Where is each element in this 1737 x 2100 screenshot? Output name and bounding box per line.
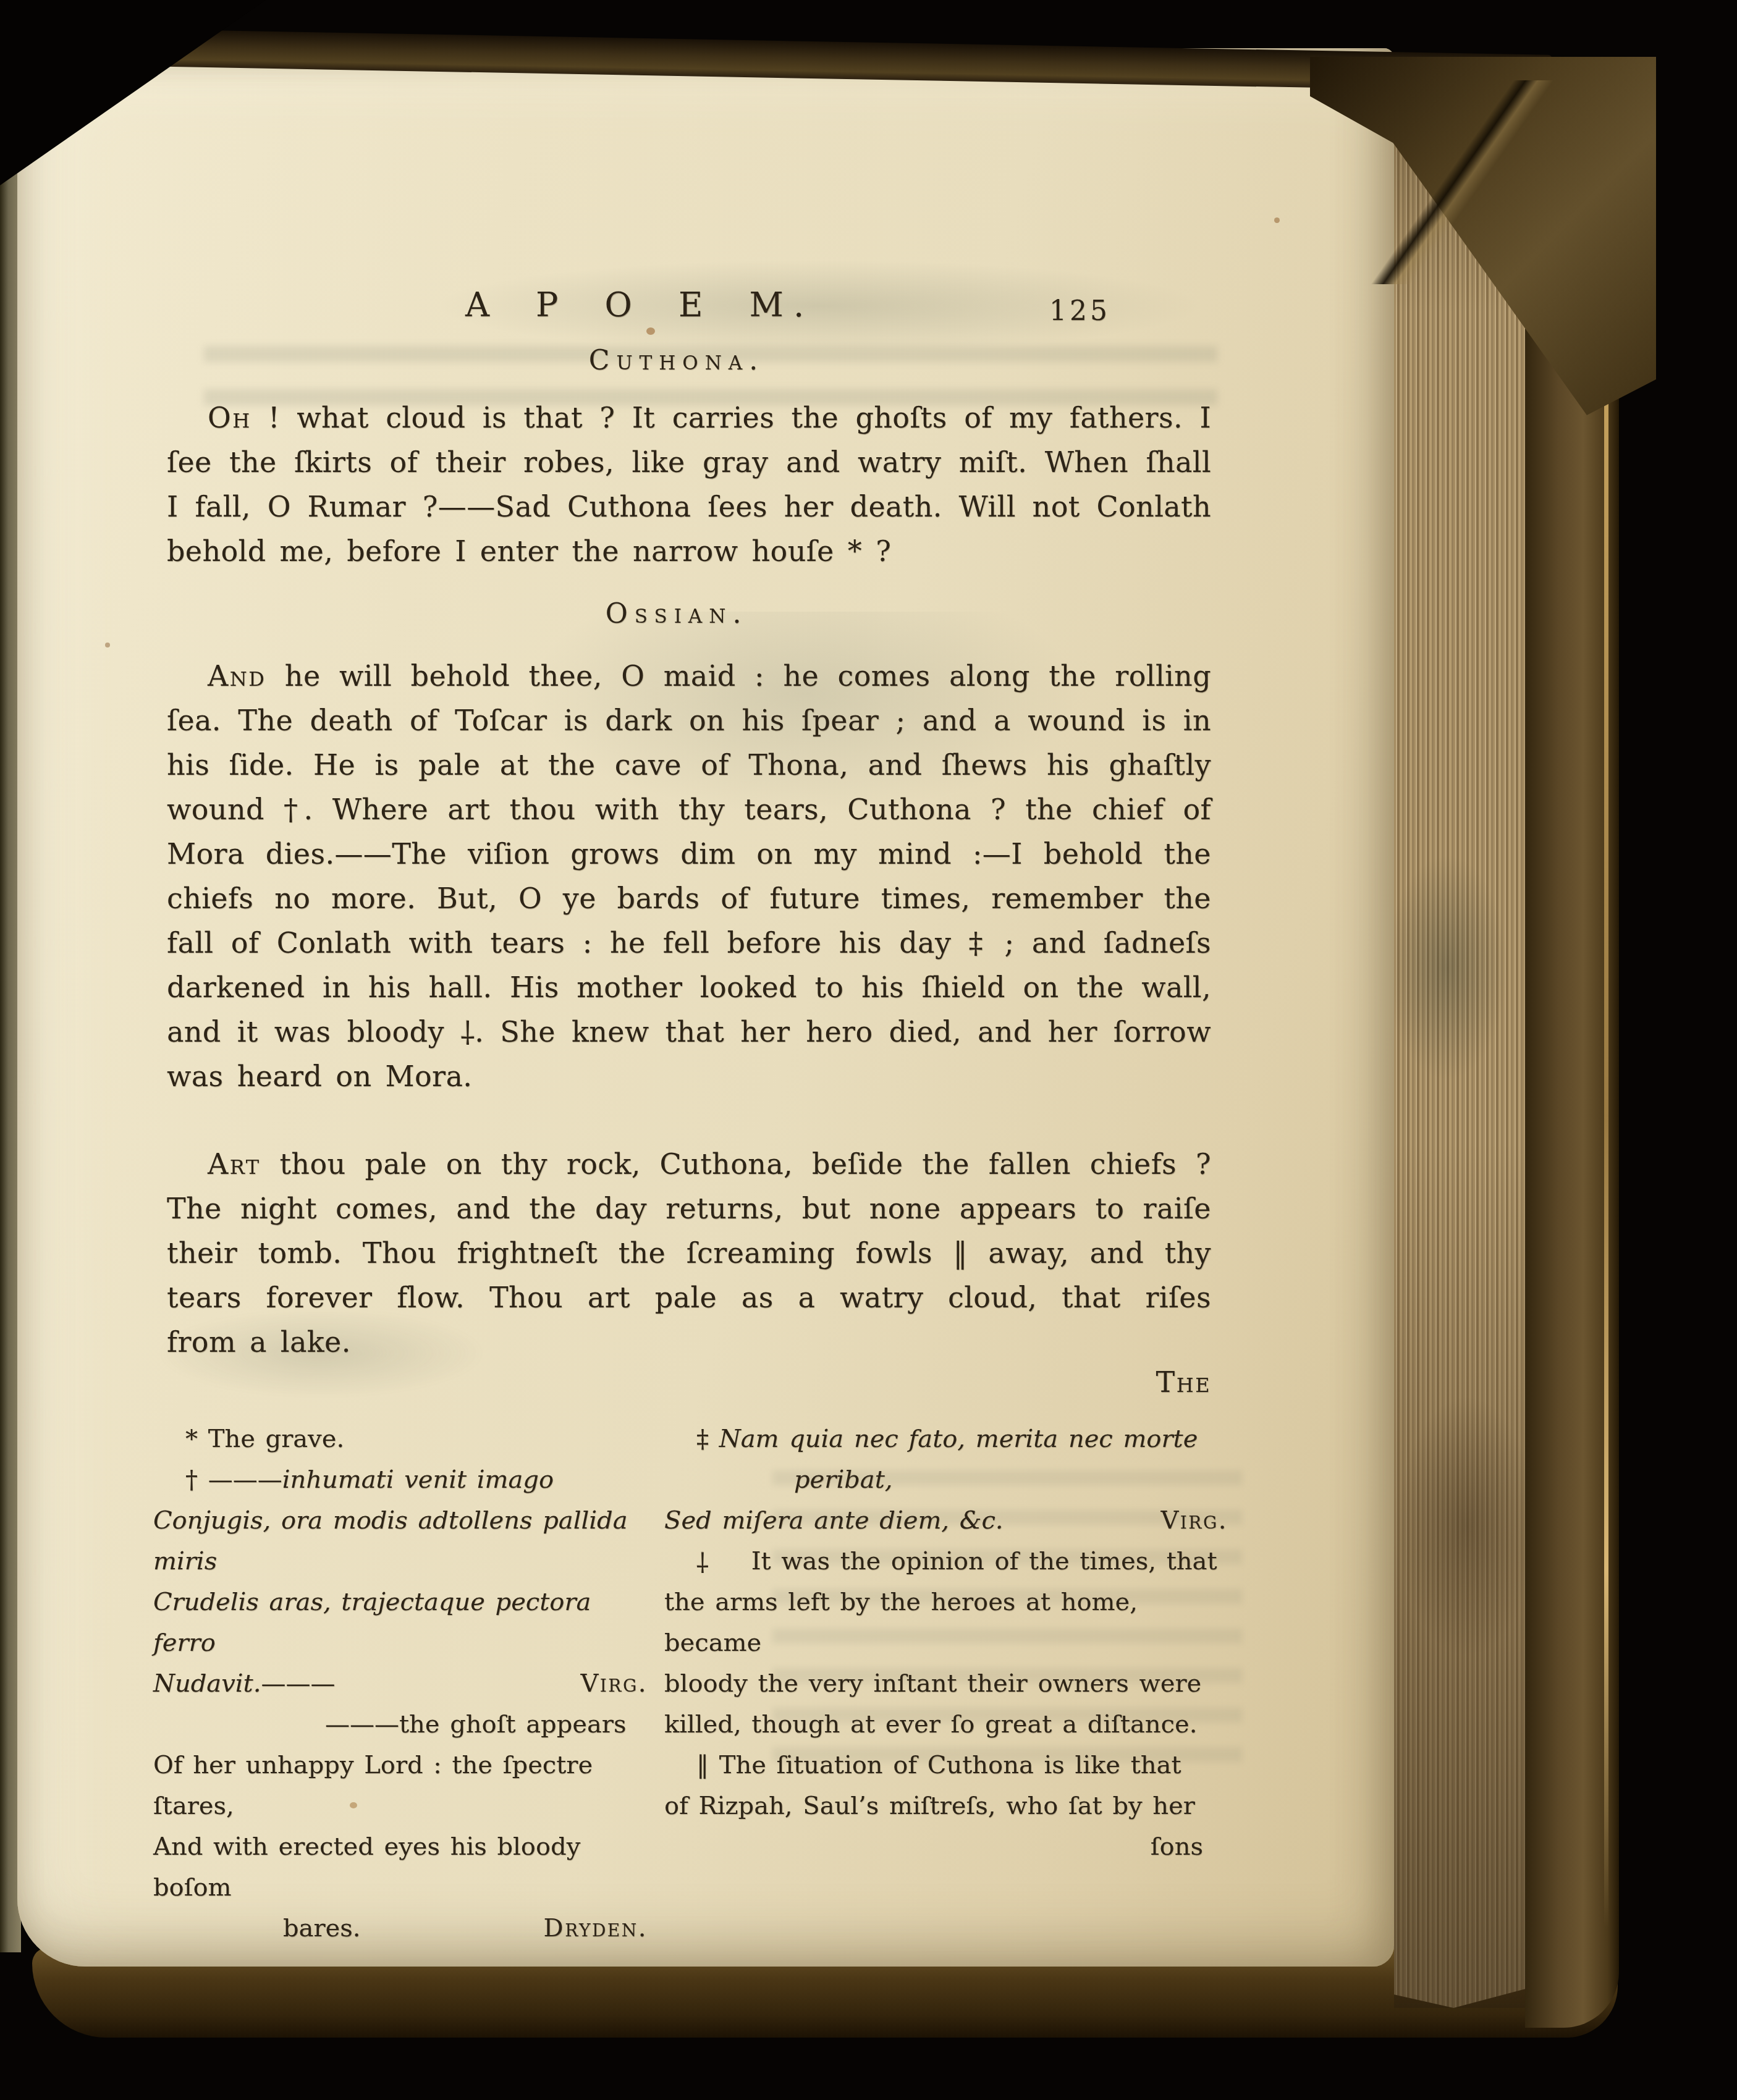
text-segment: The night comes, and the day returns, bu… (167, 1192, 1211, 1225)
text-line: behold me, before I enter the narrow hou… (167, 529, 1211, 573)
speech-ossian: And he will behold thee, O maid : he com… (167, 654, 1211, 1098)
text-line: Sed miſera ante diem, &c.Virg. (664, 1500, 1228, 1541)
text-segment: the arms left by the heroes at home, bec… (664, 1588, 1138, 1657)
text-line: the arms left by the heroes at home, bec… (664, 1582, 1228, 1663)
text-line: Art thou pale on thy rock, Cuthona, beſi… (167, 1142, 1211, 1186)
text-segment: I fall, O Rumar ?——Sad Cuthona ſees her … (167, 490, 1211, 523)
text-line: bloody the very inſtant their owners wer… (664, 1663, 1228, 1704)
text-line: I fall, O Rumar ?——Sad Cuthona ſees her … (167, 484, 1211, 529)
text-segment: killed, though at ever ſo great a diſtan… (664, 1710, 1197, 1739)
text-segment: behold me, before I enter the narrow hou… (167, 534, 891, 568)
text-line: Nudavit.———Virg. (153, 1663, 648, 1704)
text-segment: was heard on Mora. (167, 1060, 472, 1093)
text-line: ſee the ſkirts of their robes, like gray… (167, 440, 1211, 484)
text-segment: Sed miſera ante diem, &c. (664, 1506, 1004, 1535)
text-segment: his ſide. He is pale at the cave of Thon… (167, 748, 1211, 782)
text-segment: from a lake. (167, 1325, 351, 1359)
turned-dagger-symbol: † (696, 1543, 741, 1583)
foxing-speck (1274, 217, 1280, 223)
text-line: † It was the opinion of the times, that (664, 1541, 1228, 1582)
text-segment: tears forever flow. Thou art pale as a w… (167, 1281, 1211, 1314)
text-segment: Conjugis, ora modis adtollens pallida mi… (153, 1506, 628, 1575)
text-line: was heard on Mora. (167, 1054, 1211, 1098)
text-segment: ———the ghoſt appears (325, 1710, 627, 1739)
leather-corner-seam (1329, 80, 1588, 284)
text-line: Of her unhappy Lord : the ſpectre ſtares… (153, 1745, 648, 1826)
text-line: ſons (664, 1826, 1228, 1867)
text-segment: Nudavit. (153, 1669, 261, 1698)
text-segment: chiefs no more. But, O ye bards of futur… (167, 882, 1211, 915)
text-segment: And (208, 659, 266, 693)
running-head-title: A P O E M. (167, 285, 1112, 324)
text-segment: fall of Conlath with tears : he fell bef… (167, 926, 1211, 959)
text-line: from a lake. (167, 1320, 1211, 1364)
text-line: † ———inhumati venit imago (153, 1459, 648, 1500)
text-segment: Nam quia nec fato, merita nec morte (719, 1425, 1198, 1453)
text-segment: Crudelis aras, trajectaque pectora ferro (153, 1588, 591, 1657)
text-line: of Rizpah, Saul’s miſtreſs, who ſat by h… (664, 1786, 1228, 1826)
text-line: The (167, 1365, 1211, 1399)
paragraph-art-thou-pale: Art thou pale on thy rock, Cuthona, beſi… (167, 1142, 1211, 1364)
text-segment: ſee the ſkirts of their robes, like gray… (167, 445, 1211, 479)
text-line: tears forever flow. Thou art pale as a w… (167, 1275, 1211, 1320)
text-segment: their tomb. Thou frightneſt the ſcreamin… (167, 1236, 1211, 1270)
text-line: Oh ! what cloud is that ? It carries the… (167, 395, 1211, 440)
book-photo: A P O E M. 125 Cuthona. Oh ! what cloud … (0, 0, 1737, 2100)
text-line: killed, though at ever ſo great a diſtan… (664, 1704, 1228, 1745)
text-segment: wound †. Where art thou with thy tears, … (167, 793, 1211, 826)
text-segment: ‖ The ſituation of Cuthona is like that (696, 1751, 1181, 1779)
text-line: fall of Conlath with tears : he fell bef… (167, 921, 1211, 965)
text-line: The night comes, and the day returns, bu… (167, 1186, 1211, 1231)
text-line: ſea. The death of Toſcar is dark on his … (167, 698, 1211, 743)
text-segment: thou pale on thy rock, Cuthona, beſide t… (261, 1147, 1211, 1181)
text-line: And with erected eyes his bloody boſom (153, 1826, 648, 1908)
text-line: his ſide. He is pale at the cave of Thon… (167, 743, 1211, 787)
foxing-speck (105, 643, 110, 647)
speaker-heading-ossian: Ossian. (167, 598, 1186, 630)
text-segment: darkened in his hall. His mother looked … (167, 971, 1211, 1004)
text-segment: bloody the very inſtant their owners wer… (664, 1669, 1201, 1698)
text-segment: bares. (283, 1914, 361, 1942)
text-segment: of Rizpah, Saul’s miſtreſs, who ſat by h… (664, 1792, 1195, 1820)
catchword-the: The (167, 1365, 1211, 1399)
text-line: Conjugis, ora modis adtollens pallida mi… (153, 1500, 648, 1582)
text-segment: It was the opinion of the times, that (741, 1547, 1217, 1575)
text-segment: inhumati venit imago (282, 1465, 554, 1494)
text-segment: he will behold thee, O maid : he comes a… (266, 659, 1211, 693)
fore-edge-shading (1394, 82, 1526, 2008)
text-segment: Art (208, 1147, 261, 1181)
text-line: darkened in his hall. His mother looked … (167, 965, 1211, 1010)
text-line: chiefs no more. But, O ye bards of futur… (167, 876, 1211, 921)
text-segment: † ——— (185, 1465, 282, 1494)
text-segment: ‡ (696, 1425, 719, 1453)
footnote-column-left: * The grave.† ———inhumati venit imagoCon… (153, 1419, 648, 1949)
text-segment: ſea. The death of Toſcar is dark on his … (167, 704, 1211, 737)
text-segment: Virg. (580, 1663, 648, 1704)
text-segment: * The grave. (185, 1425, 344, 1453)
text-segment: . She knew that her hero died, and her ſ… (475, 1015, 1211, 1048)
text-segment: And with erected eyes his bloody boſom (153, 1832, 580, 1902)
text-line: ‖ The ſituation of Cuthona is like that (664, 1745, 1228, 1786)
footnote-column-right: ‡ Nam quia nec fato, merita nec morteper… (664, 1419, 1228, 1867)
text-segment: and it was bloody (167, 1015, 460, 1048)
text-line: peribat, (664, 1459, 1228, 1500)
speech-cuthona: Oh ! what cloud is that ? It carries the… (167, 395, 1211, 573)
text-segment: Virg. (1160, 1500, 1228, 1541)
foxing-speck (646, 327, 655, 335)
speaker-heading-cuthona: Cuthona. (167, 345, 1186, 376)
text-line: And he will behold thee, O maid : he com… (167, 654, 1211, 698)
text-line: ‡ Nam quia nec fato, merita nec morte (664, 1419, 1228, 1459)
page-number: 125 (1049, 295, 1136, 327)
text-segment: Mora dies.——The viſion grows dim on my m… (167, 837, 1211, 871)
text-segment: ! what cloud is that ? It carries the gh… (251, 401, 1211, 434)
text-segment: Dryden. (414, 1908, 648, 1949)
text-line: bares.Dryden. (153, 1908, 648, 1949)
text-segment: Oh (208, 401, 251, 434)
text-segment: The (1156, 1365, 1211, 1399)
turned-dagger-symbol: † (460, 1011, 475, 1056)
text-line: ———the ghoſt appears (153, 1704, 648, 1745)
text-line: wound †. Where art thou with thy tears, … (167, 787, 1211, 832)
text-line: and it was bloody †. She knew that her h… (167, 1010, 1211, 1054)
text-segment: ſons (1151, 1832, 1203, 1861)
text-segment: ——— (261, 1669, 335, 1698)
text-line: Crudelis aras, trajectaque pectora ferro (153, 1582, 648, 1663)
text-segment: peribat, (794, 1465, 892, 1494)
text-line: * The grave. (153, 1419, 648, 1459)
text-line: their tomb. Thou frightneſt the ſcreamin… (167, 1231, 1211, 1275)
text-line: Mora dies.——The viſion grows dim on my m… (167, 832, 1211, 876)
text-segment: Of her unhappy Lord : the ſpectre ſtares… (153, 1751, 593, 1820)
